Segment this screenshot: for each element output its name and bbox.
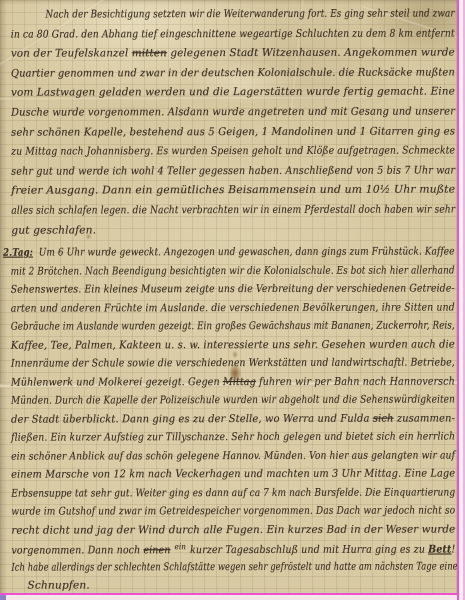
handwriting-line: sehr schönen Kapelle, bestehend aus 5 Ge… (11, 125, 455, 146)
handwriting-line: Ich habe allerdings der schlechten Schla… (11, 560, 455, 580)
handwriting-line: der Stadt überblickt. Dann ging es zu de… (11, 412, 455, 432)
handwriting-line: Innenräume der Schule sowie die verschie… (11, 357, 455, 377)
handwriting-line: alles sich schlafen legen. die Nacht ver… (11, 203, 455, 224)
handwriting-line: Dusche wurde vorgenommen. Alsdann wurde … (11, 105, 455, 126)
scanned-letter-page: Nach der Besichtigung setzten wir die We… (0, 0, 465, 600)
handwriting-line: arten und anderen Früchte im Auslande. d… (11, 301, 455, 321)
handwriting-line: ein schöner Anblick auf das schön gelege… (11, 449, 455, 469)
handwriting-line: in ca 80 Grad. den Abhang tief eingeschn… (11, 27, 455, 48)
handwriting-line: freier Ausgang. Dann ein gemütliches Bei… (11, 184, 455, 205)
handwriting-line: Kaffee, Tee, Palmen, Kakteen u. s. w. in… (11, 338, 455, 358)
handwriting-line: 2.Tag:Um 6 Uhr wurde geweckt. Angezogen … (11, 246, 455, 266)
handwriting-line: Mühlenwerk und Molkerei gezeigt. Gegen M… (11, 375, 455, 395)
handwriting-line: von der Teufelskanzel mitten gelegenen S… (11, 47, 455, 68)
handwriting-line: recht dicht und jag der Wind durch alle … (11, 523, 455, 543)
handwriting-line: Schnupfen. (11, 579, 455, 599)
handwriting-line: Quartier genommen und zwar in der deutsc… (11, 66, 455, 87)
handwriting-line: wurde im Gutshof und zwar im Getreidespe… (11, 505, 455, 525)
handwriting-line: Erbsensuppe tat sehr gut. Weiter ging es… (11, 486, 455, 506)
handwriting-line: gut geschlafen. (11, 223, 455, 244)
handwriting-line: Nach der Besichtigung setzten wir die We… (11, 7, 455, 28)
handwriting-line: vom Lastwagen geladen werden und die Lag… (11, 86, 455, 107)
letter-body: Nach der Besichtigung setzten wir die We… (11, 8, 455, 598)
scan-mat-edge-right (457, 0, 465, 600)
paragraph-1: Nach der Besichtigung setzten wir die We… (11, 7, 456, 243)
scan-mat-corner-patch (0, 595, 6, 600)
handwriting-line: mit 2 Brötchen. Nach Beendigung besichti… (11, 264, 455, 284)
margin-day-label: 2.Tag: (3, 247, 33, 259)
handwriting-line: zu Mittag nach Johannisberg. Es wurden S… (11, 145, 455, 166)
handwriting-line: Münden. Durch die Kapelle der Polizeisch… (11, 394, 455, 414)
handwriting-line: Sehenswertes. Ein kleines Museum zeigte … (11, 283, 455, 303)
paragraph-2: 2.Tag:Um 6 Uhr wurde geweckt. Angezogen … (11, 246, 456, 599)
handwriting-line: einem Marsche von 12 km nach Veckerhagen… (11, 468, 455, 488)
handwriting-line: vorgenommen. Dann noch einen ein kurzer … (11, 542, 455, 562)
handwriting-line: fließen. Ein kurzer Aufstieg zur Tillysc… (11, 431, 455, 451)
handwriting-line: Gebräuche im Auslande wurden gezeigt. Ei… (11, 320, 455, 340)
handwriting-line: sehr gut und werde ich wohl 4 Teller geg… (11, 164, 455, 185)
